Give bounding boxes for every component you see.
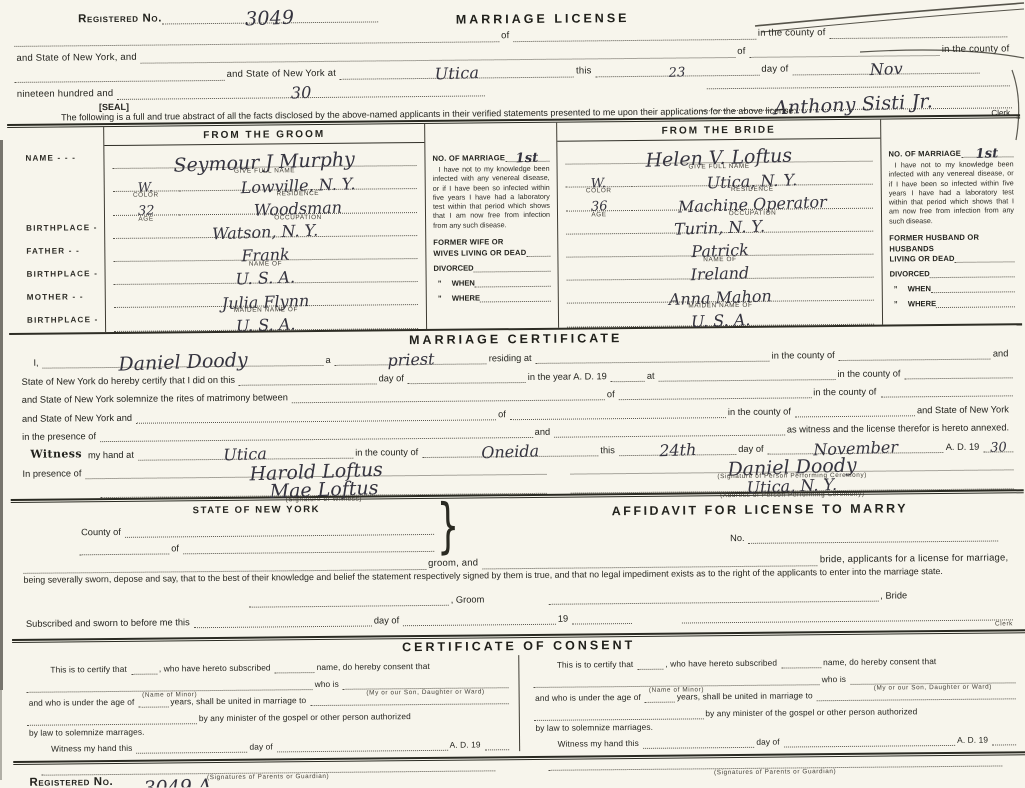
no-label: No. [728, 532, 749, 543]
and-label: and [533, 427, 555, 438]
blank-line [277, 745, 448, 753]
blank-line [904, 372, 1012, 379]
blank-line [643, 742, 755, 749]
page-title: MARRIAGE LICENSE [346, 10, 739, 28]
consent-section: CERTIFICATE OF CONSENT This is to certif… [12, 633, 1025, 761]
license-line-3: and State of New York at Utica this 23 d… [15, 62, 980, 83]
affidavit-section: STATE OF NEW YORK County of of } AFFIDAV… [11, 493, 1025, 639]
license-header: Registered No. 3049 MARRIAGE LICENSE of … [6, 0, 1020, 124]
year-pre-label: in the year A. D. 19 [526, 371, 611, 383]
license-line-1: of in the county of [14, 25, 1007, 47]
county-of-label: in the county of [726, 406, 795, 418]
groom-former-spouse-row: WIVES LIVING OR DEAD [433, 247, 550, 257]
blank-line [992, 739, 1016, 745]
of-label: of [735, 46, 749, 58]
officiant-role-handwriting: priest [387, 355, 434, 365]
blank-line [131, 669, 157, 675]
who-subscribed-label: , who have hereto subscribed [663, 658, 781, 670]
label-birthplace: BIRTHPLACE - [9, 308, 105, 332]
blank-line [645, 697, 675, 703]
license-place-handwriting: Utica [435, 69, 480, 79]
ceremony-month-line: November [768, 443, 944, 454]
day-of-label: day of [759, 63, 792, 75]
blank-line [136, 747, 247, 754]
bride-applicants-label: bride, applicants for a license for marr… [818, 552, 1013, 566]
bride-birthplace-handwriting: Turin, N. Y. [674, 222, 765, 234]
color-sublabel: COLOR [113, 192, 179, 200]
seal-label: [SEAL] [99, 102, 129, 112]
officiant-signature-line: Daniel Doody (Signature of Person Perfor… [571, 459, 1014, 475]
blank-line [781, 662, 821, 668]
bride-marriage-info-column: NO. OF MARRIAGE 1st I have not to my kno… [881, 118, 1022, 324]
certify-label: This is to certify that [48, 664, 131, 676]
witness2-line: Mae Loftus (Signature of Witness) [101, 482, 547, 498]
label-empty [8, 169, 104, 193]
blank-line [14, 36, 499, 47]
county-of-label: County of [79, 526, 125, 537]
parents-signature-line: (Signatures of Parents or Guardian) [548, 760, 1003, 770]
age-sublabel: AGE [566, 211, 632, 219]
ceremony-place-line: Utica [138, 448, 353, 460]
day-of-label: day of [736, 443, 767, 454]
color-sublabel: COLOR [566, 187, 632, 195]
state-at-label: and State of New York at [225, 68, 340, 81]
when-label: WHEN [908, 284, 931, 293]
groom-health-statement: I have not to my knowledge been infected… [433, 165, 551, 231]
affidavit-county-row: County of [79, 517, 434, 537]
hand-at-label: my hand at [86, 449, 138, 460]
minor-name-line: (Name of Minor) [27, 684, 313, 693]
ceremony-day-line: 24th [619, 445, 737, 456]
label-empty [8, 192, 104, 216]
consent-left-column: This is to certify that , who have heret… [12, 655, 519, 756]
blank-line [403, 619, 556, 626]
groom-marriage-no-row: NO. OF MARRIAGE 1st [432, 153, 549, 163]
cert-line2-label: State of New York do hereby certify that… [20, 374, 240, 387]
groom-birthplace-handwriting: Watson, N. Y. [212, 227, 318, 240]
at-label: at [645, 370, 659, 381]
blank-line [183, 545, 434, 553]
state-suffix-label: and State of New York [915, 404, 1013, 416]
minister-label: by any minister of the gospel or other p… [703, 706, 921, 719]
where-label: WHERE [908, 299, 936, 308]
state-line-label: and State of New York, and [14, 52, 140, 65]
blank-line [275, 667, 315, 673]
blank-line [513, 34, 755, 42]
groom-father-birthplace-handwriting: U. S. A. [236, 274, 296, 285]
in-presence-label: In presence of [20, 468, 85, 480]
a-label: a [323, 355, 334, 366]
ditto-mark: ” [438, 293, 452, 302]
of-label: of [496, 409, 510, 420]
label-father: FATHER - - [8, 239, 104, 263]
ad-label: A. D. 19 [448, 739, 485, 750]
son-daughter-ward-sublabel: (My or our Son, Daughter or Ward) [850, 683, 1016, 692]
clerk-label: Clerk [991, 108, 1010, 117]
bride-former-spouse-label-2: LIVING OR DEAD [889, 254, 954, 264]
affidavit-title: AFFIDAVIT FOR LICENSE TO MARRY [508, 500, 1012, 519]
label-mother: MOTHER - - [9, 285, 105, 309]
consent-parents-row: (Signatures of Parents or Guardian) [27, 754, 509, 775]
annexed-label: as witness and the license therefor is h… [785, 422, 1013, 435]
county-of-label: in the county of [811, 387, 880, 399]
blank-line [830, 31, 1008, 39]
nineteen-hundred-label: nineteen hundred and [15, 88, 118, 101]
relationship-line: (My or our Son, Daughter or Ward) [343, 682, 508, 690]
blank-line [485, 744, 509, 750]
of-label: of [499, 30, 513, 42]
ditto-mark: ” [438, 278, 452, 287]
day-of-label: day of [754, 737, 783, 748]
bride-name-row: Helen V. Loftus GIVE FULL NAME [557, 139, 880, 165]
license-day-handwriting: 23 [669, 69, 686, 77]
bride-marriage-no-handwriting: 1st [976, 150, 999, 158]
groom-label: , Groom [449, 594, 489, 605]
blank-line [880, 390, 1012, 397]
ceremony-county-line: Oneida [422, 446, 598, 457]
groom-when-row: ” WHEN [434, 277, 551, 287]
day-of-label: day of [372, 615, 403, 626]
subscribed-label: Subscribed and sworn to before me this [24, 617, 194, 630]
officiant-role-line: priest [335, 355, 487, 366]
scanned-document: Registered No. 3049 MARRIAGE LICENSE of … [0, 0, 1025, 788]
law-label: by law to solemnize marriages. [533, 721, 657, 733]
label-name: NAME - - - [7, 146, 103, 170]
bride-father-birthplace-handwriting: Ireland [691, 269, 750, 280]
license-day-line: 23 [596, 68, 760, 78]
son-daughter-ward-sublabel: (My or our Son, Daughter or Ward) [343, 688, 508, 697]
minor-name-line: (Name of Minor) [533, 679, 820, 688]
blank-line [795, 410, 915, 417]
blank-line [15, 75, 225, 83]
witness-signatures: In presence of Harold Loftus Mae Loftus … [20, 456, 547, 498]
groom-where-row: ” WHERE [434, 292, 551, 302]
blank-line [194, 621, 372, 629]
affidavit-of-row: of [79, 534, 434, 554]
registered-no-label: Registered No. [78, 12, 162, 25]
groom-marriage-no-handwriting: 1st [516, 154, 539, 162]
where-label: WHERE [452, 293, 480, 302]
ad-label: A. D. 19 [944, 441, 984, 452]
this-label: this [574, 65, 596, 77]
footer-registered-value-handwriting: 3049 A [143, 781, 211, 788]
bride-health-statement: I have not to my knowledge been infected… [889, 160, 1015, 226]
bride-mother-birthplace-handwriting: U. S. A. [691, 316, 751, 327]
who-is-label: who is [313, 678, 343, 689]
residing-at-label: residing at [487, 353, 536, 364]
label-birthplace: BIRTHPLACE - [8, 262, 104, 286]
bride-label: , Bride [878, 590, 911, 601]
bride-former-spouse-row: LIVING OR DEAD [889, 254, 1014, 264]
label-birthplace: BIRTHPLACE - [8, 216, 104, 240]
nineteen-label: 19 [556, 614, 572, 625]
blank-line [408, 377, 526, 384]
brace-glyph: } [437, 491, 460, 560]
registered-no-row: Registered No. 3049 [78, 10, 378, 25]
certify-label: This is to certify that [555, 659, 638, 671]
affidavit-venue-block: STATE OF NEW YORK County of of } [23, 502, 468, 555]
groom-former-spouse-label-2: WIVES LIVING OR DEAD [433, 248, 526, 258]
witness-blackletter: Witness [20, 447, 86, 462]
relationship-line: (My or our Son, Daughter or Ward) [850, 677, 1016, 685]
divorced-label: DIVORCED [890, 269, 930, 278]
blank-line [572, 618, 632, 625]
cert-line4-label: and State of New York and [20, 412, 136, 424]
ditto-mark: ” [894, 300, 908, 309]
applicants-table: NAME - - - BIRTHPLACE - FATHER - - BIRTH… [7, 118, 1022, 334]
blank-line [611, 375, 645, 381]
minister-label: by any minister of the gospel or other p… [197, 711, 415, 724]
clerk-blank-line-row [707, 80, 1010, 89]
blank-line [749, 535, 999, 543]
witness-this-label: Witness my hand this [49, 743, 136, 755]
i-label: I, [19, 358, 42, 369]
groom-fields-column: FROM THE GROOM Seymour J Murphy GIVE FUL… [103, 124, 427, 332]
law-label: by law to solemnize marrages. [27, 726, 149, 738]
who-subscribed-label: , who have hereto subscribed [157, 662, 275, 674]
consent-right-column: This is to certify that , who have heret… [519, 650, 1025, 751]
groom-name-row: Seymour J Murphy GIVE FULL NAME [104, 143, 424, 169]
bride-when-row: ” WHEN [890, 284, 1015, 294]
license-year-handwriting: 30 [291, 89, 312, 99]
of-label: of [169, 543, 183, 554]
license-place-line: Utica [340, 68, 574, 80]
license-line-4: nineteen hundred and 30 [15, 84, 485, 101]
day-of-label: day of [376, 373, 407, 384]
county-of-label: in the county of [770, 350, 839, 362]
registered-no-value-handwriting: 3049 [245, 12, 294, 24]
consent-parents-row: (Signatures of Parents or Guardian) [534, 749, 1017, 770]
ceremony-year-line: 30 [983, 444, 1013, 452]
bride-marriage-no-row: NO. OF MARRIAGE 1st [888, 148, 1013, 158]
name-post-label: name, do hereby consent that [315, 661, 434, 673]
ceremony-month-handwriting: November [813, 443, 898, 455]
ditto-mark: ” [894, 285, 908, 294]
of-label: of [605, 389, 619, 400]
when-label: WHEN [452, 278, 475, 287]
license-line-2: and State of New York, and of in the cou… [14, 43, 1013, 65]
name-post-label: name, do hereby consent that [821, 656, 940, 668]
bride-where-row: ” WHERE [890, 299, 1015, 309]
parents-signature-line: (Signatures of Parents or Guardian) [41, 765, 495, 775]
bride-former-spouse-label-1: FORMER HUSBAND OR HUSBANDS [889, 232, 1014, 254]
officiant-name-handwriting: Daniel Doody [118, 355, 248, 370]
affidavit-no-row: No. [728, 526, 998, 544]
marriage-no-label: NO. OF MARRIAGE [432, 153, 505, 163]
county-of-label: in the county of [353, 447, 422, 459]
license-month-line: Nov [792, 64, 979, 76]
license-year-line: 30 [117, 87, 485, 100]
county-of-label: in the county of [756, 27, 830, 40]
row-labels-column: NAME - - - BIRTHPLACE - FATHER - - BIRTH… [7, 127, 105, 332]
presence-label: in the presence of [20, 431, 100, 443]
blank-line [750, 50, 940, 58]
who-is-label: who is [820, 673, 850, 684]
blank-line [141, 52, 735, 64]
ceremony-year-handwriting: 30 [990, 445, 1007, 453]
witness-this-label: Witness my hand this [556, 738, 643, 750]
ceremony-day-handwriting: 24th [659, 446, 696, 456]
ad-label: A. D. 19 [955, 735, 992, 746]
this-label: this [598, 445, 619, 456]
bride-divorced-row: DIVORCED [890, 269, 1015, 279]
county-of-label: in the county of [835, 368, 904, 380]
and-label: and [991, 348, 1013, 359]
ceremony-county-handwriting: Oneida [481, 447, 539, 458]
blank-line [784, 740, 956, 748]
blank-line [79, 548, 169, 555]
bride-fields-column: FROM THE BRIDE Helen V. Loftus GIVE FULL… [557, 120, 883, 328]
clerk-signature-line: Clerk [682, 614, 1013, 623]
affidavit-title-block: AFFIDAVIT FOR LICENSE TO MARRY No. [468, 497, 1012, 551]
officiant-signatures: Daniel Doody (Signature of Person Perfor… [547, 452, 1014, 493]
divorced-label: DIVORCED [433, 263, 473, 272]
groom-divorced-row: DIVORCED [433, 262, 550, 272]
blank-line [637, 664, 663, 670]
day-of-label: day of [247, 741, 276, 752]
ceremony-place-handwriting: Utica [224, 450, 268, 460]
groom-marriage-info-column: NO. OF MARRIAGE 1st I have not to my kno… [425, 123, 559, 329]
groom-mother-birthplace-handwriting: U. S. A. [236, 320, 296, 331]
blank-line [138, 701, 168, 707]
marriage-certificate-section: MARRIAGE CERTIFICATE I, Daniel Doody a p… [9, 325, 1024, 499]
marriage-no-label: NO. OF MARRIAGE [888, 149, 961, 159]
license-month-handwriting: Nov [869, 65, 903, 75]
age-sublabel: AGE [113, 215, 179, 223]
county-of-label: in the county of [940, 43, 1014, 56]
blank-line [707, 80, 1010, 89]
